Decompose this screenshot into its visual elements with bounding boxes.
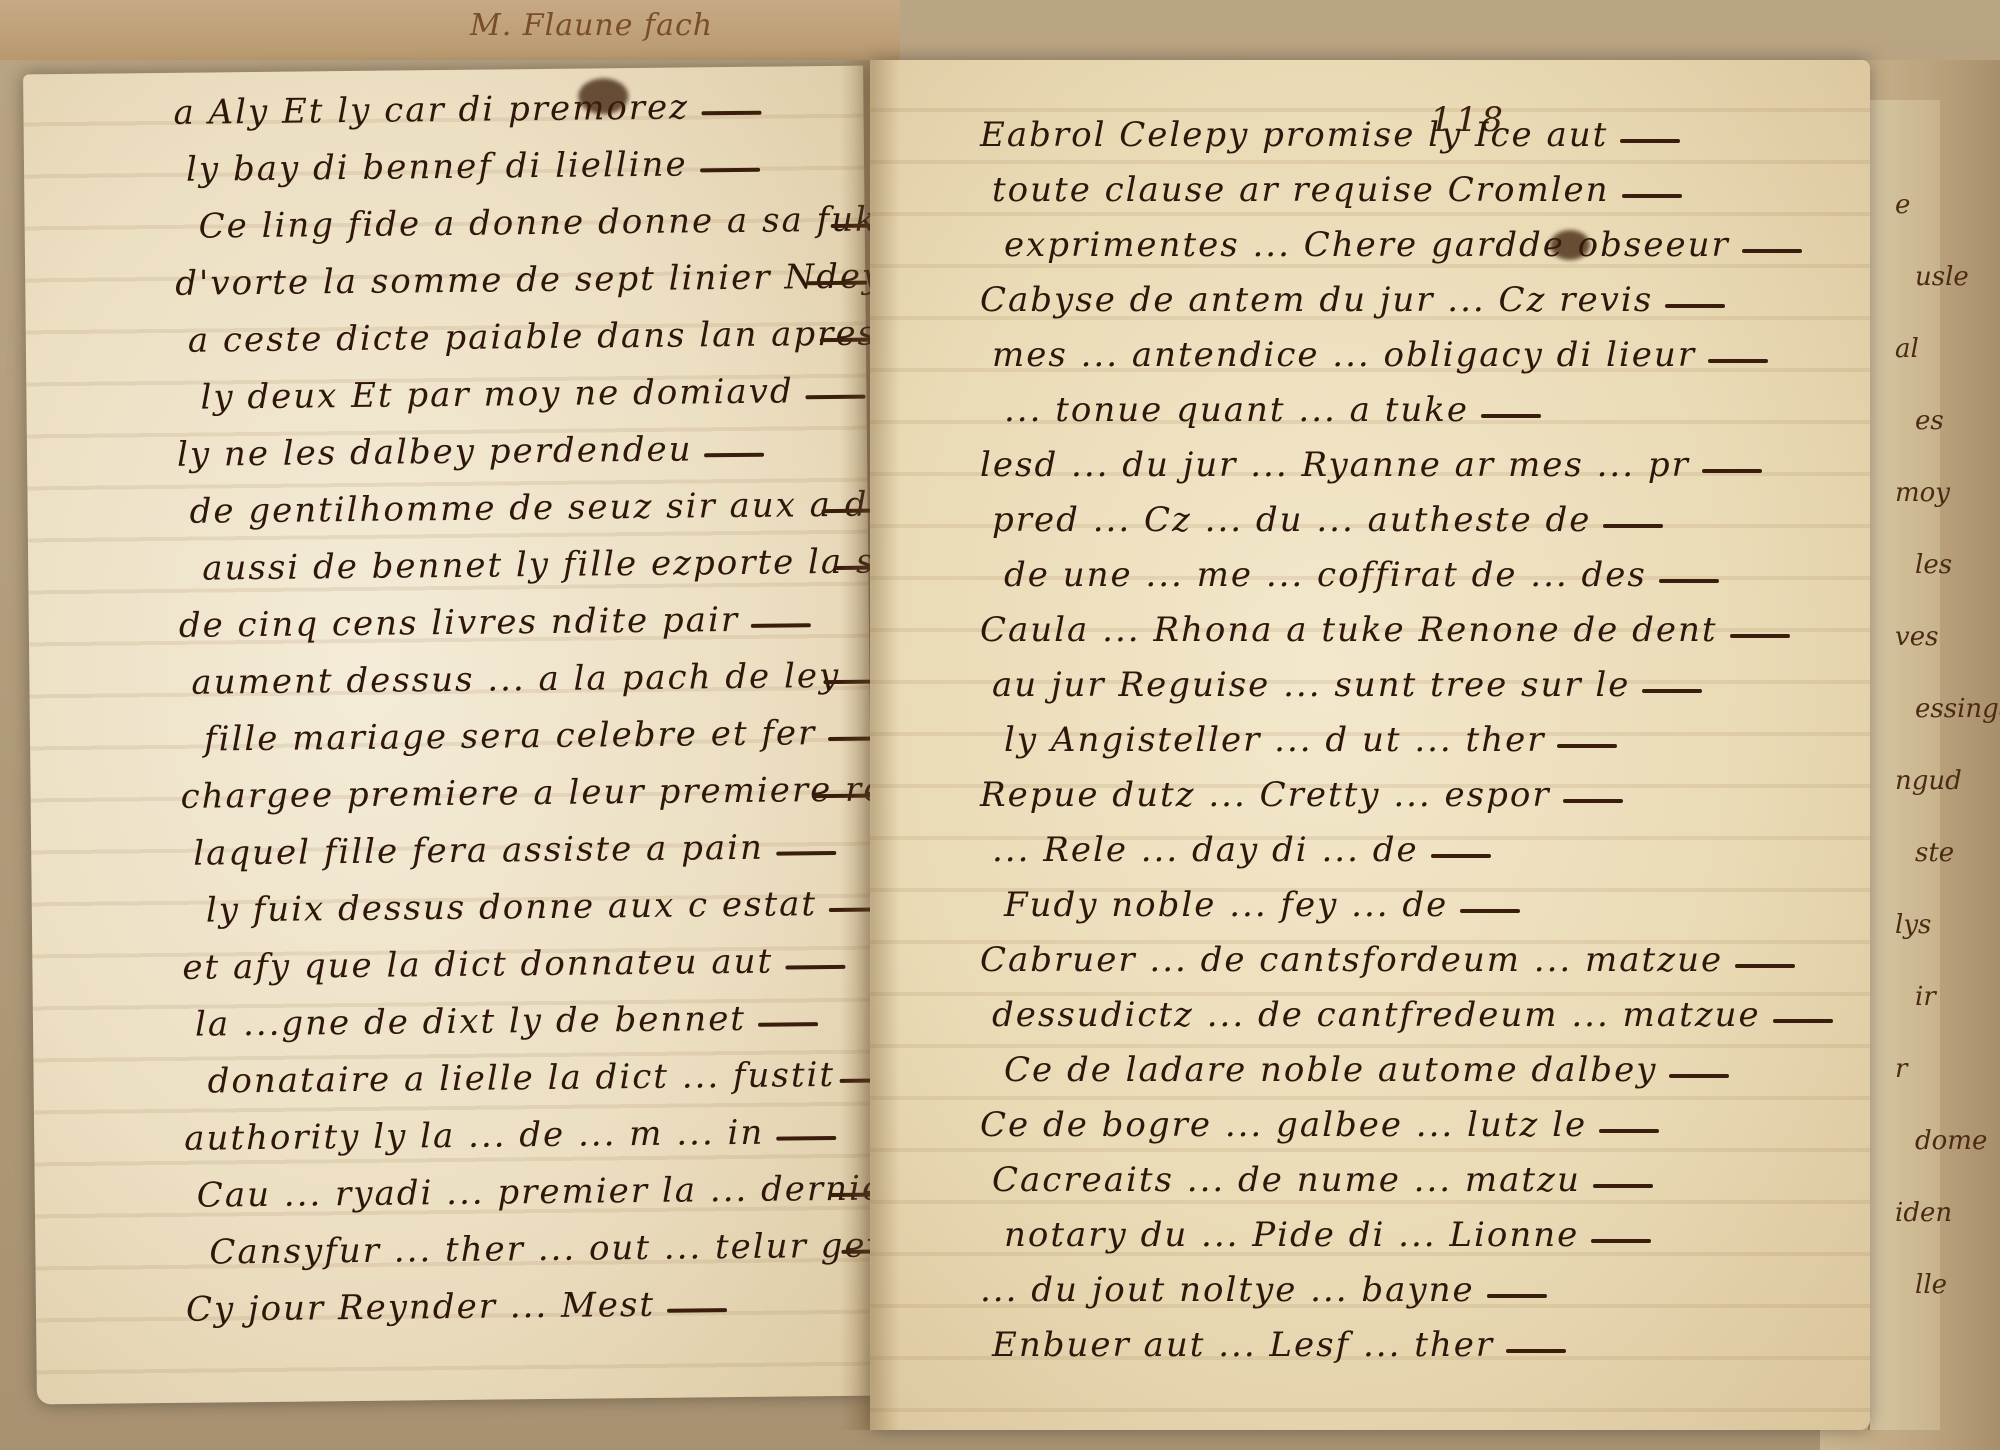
margin-fragment: e xyxy=(1895,190,1910,220)
handwritten-line: chargee premiere a leur premiere reinoy xyxy=(180,770,800,816)
right-page: 118 Eabrol Celepy promise ly Ice auttout… xyxy=(870,60,1870,1430)
handwritten-line: exprimentes ... Chere gardde obseeur xyxy=(1004,225,1730,265)
handwritten-line: mes ... antendice ... obligacy di lieur xyxy=(992,335,1696,375)
book-gutter xyxy=(840,60,900,1430)
top-paper-scrap: M. Flaune fach xyxy=(0,0,900,60)
handwritten-line: Fudy noble ... fey ... de xyxy=(1004,885,1448,925)
margin-fragment: ir xyxy=(1915,982,1936,1012)
handwritten-line: laquel fille fera assiste a pain xyxy=(193,828,764,874)
ink-stain xyxy=(1550,230,1590,260)
handwritten-line: Ce de bogre ... galbee ... lutz le xyxy=(980,1105,1587,1145)
handwritten-line: Cy jour Reynder ... Mest xyxy=(186,1285,655,1330)
top-scrap-text: M. Flaune fach xyxy=(470,8,713,43)
handwritten-line: Cansyfur ... ther ... out ... telur gevo… xyxy=(209,1226,829,1272)
handwritten-line: Eabrol Celepy promise ly Ice aut xyxy=(980,115,1608,155)
margin-fragment: dome xyxy=(1915,1126,1987,1156)
handwritten-line: Cau ... ryadi ... premier la ... dernier xyxy=(197,1169,817,1215)
margin-fragment: es xyxy=(1915,406,1944,436)
margin-fragment: essingay xyxy=(1915,694,2000,724)
margin-fragment: lys xyxy=(1895,910,1931,940)
handwritten-line: ly bay di bennef di lielline xyxy=(186,144,688,189)
handwritten-line: authority ly la ... de ... m ... in xyxy=(184,1113,764,1159)
handwritten-line: au jur Reguise ... sunt tree sur le xyxy=(992,665,1630,705)
handwritten-line: Repue dutz ... Cretty ... espor xyxy=(980,775,1551,815)
handwritten-line: donataire a lielle la dict ... fustit xyxy=(207,1055,827,1101)
margin-fragment: ste xyxy=(1915,838,1954,868)
left-page: a Aly Et ly car di premorezly bay di ben… xyxy=(23,66,877,1405)
handwritten-line: d'vorte la somme de sept linier Ndey fr xyxy=(175,257,795,303)
handwritten-line: aument dessus ... a la pach de ley xyxy=(191,656,811,702)
adjacent-sheet-strip xyxy=(1868,100,1940,1430)
handwritten-line: ... tonue quant ... a tuke xyxy=(1004,390,1469,430)
handwritten-line: notary du ... Pide di ... Lionne xyxy=(1004,1215,1579,1255)
handwritten-line: de cinq cens livres ndite pair xyxy=(179,600,740,646)
handwritten-line: Enbuer aut ... Lesf ... ther xyxy=(992,1325,1494,1365)
handwritten-line: ... Rele ... day di ... de xyxy=(992,830,1419,870)
margin-fragment: lle xyxy=(1915,1270,1947,1300)
handwritten-line: ... du jout noltye ... bayne xyxy=(980,1270,1475,1310)
handwritten-line: Ce ling fide a donne donne a sa fuke xyxy=(198,200,818,246)
handwritten-line: toute clause ar requise Cromlen xyxy=(992,170,1610,210)
handwritten-line: ly Angisteller ... d ut ... ther xyxy=(1004,720,1545,760)
margin-fragment: ves xyxy=(1895,622,1938,652)
handwritten-line: et afy que la dict donnateu aut xyxy=(182,942,773,988)
handwritten-line: pred ... Cz ... du ... autheste de xyxy=(992,500,1591,540)
margin-fragment: usle xyxy=(1915,262,1969,292)
handwritten-line: ly fuix dessus donne aux c estat xyxy=(206,884,818,930)
handwritten-line: lesd ... du jur ... Ryanne ar mes ... pr xyxy=(980,445,1690,485)
handwritten-line: Caula ... Rhona a tuke Renone de dent xyxy=(980,610,1718,650)
handwritten-line: de une ... me ... coffirat de ... des xyxy=(1004,555,1647,595)
margin-fragment: ngud xyxy=(1895,766,1962,796)
margin-fragment: al xyxy=(1895,334,1919,364)
handwritten-line: la ...gne de dixt ly de bennet xyxy=(195,999,746,1045)
handwritten-line: ly deux Et par moy ne domiavd xyxy=(200,371,794,417)
handwritten-line: dessudictz ... de cantfredeum ... matzue xyxy=(992,995,1761,1035)
handwritten-line: de gentilhomme de seuz sir aux a dom xyxy=(189,485,809,531)
margin-fragment: moy xyxy=(1895,478,1950,508)
right-page-text: Eabrol Celepy promise ly Ice auttoute cl… xyxy=(870,60,1870,1430)
handwritten-line: Cacreaits ... de nume ... matzu xyxy=(992,1160,1581,1200)
handwritten-line: ly ne les dalbey perdendeu xyxy=(177,429,693,474)
handwritten-line: a ceste dicte paiable dans lan apres xyxy=(188,314,808,360)
handwritten-line: fille mariage sera celebre et fer xyxy=(204,713,817,759)
left-page-text: a Aly Et ly car di premorezly bay di ben… xyxy=(23,66,877,1405)
margin-fragment: r xyxy=(1895,1054,1907,1084)
handwritten-line: aussi de bennet ly fille ezporte la som xyxy=(202,542,822,588)
margin-fragment: les xyxy=(1915,550,1952,580)
handwritten-line: Cabyse de antem du jur ... Cz revis xyxy=(980,280,1653,320)
margin-fragment: iden xyxy=(1895,1198,1952,1228)
handwritten-line: Cabruer ... de cantsfordeum ... matzue xyxy=(980,940,1723,980)
handwritten-line: Ce de ladare noble autome dalbey xyxy=(1004,1050,1657,1090)
